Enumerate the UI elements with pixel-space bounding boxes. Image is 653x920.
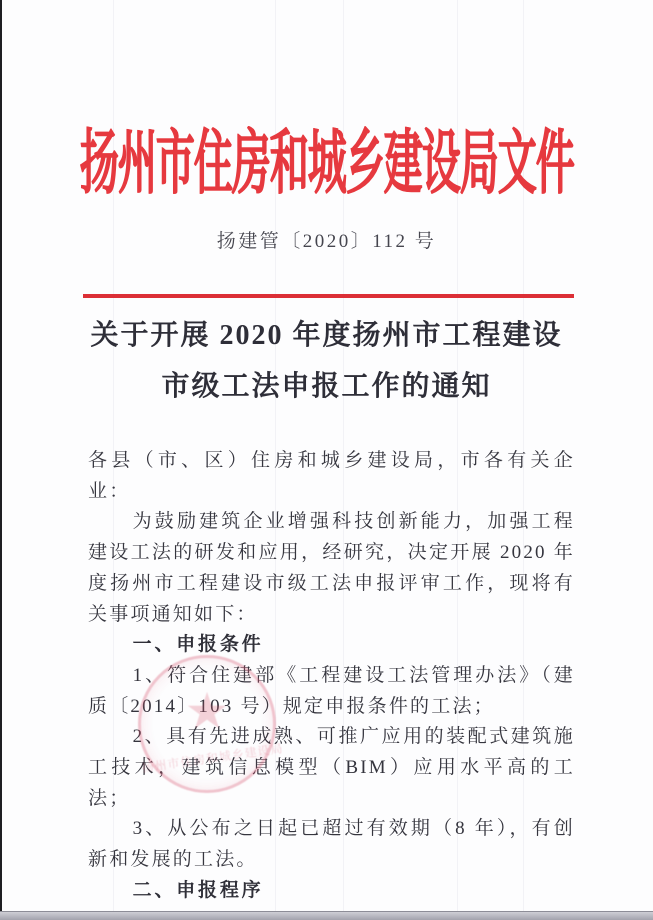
scan-left-edge <box>0 0 2 920</box>
condition-item-3: 3、从公布之日起已超过有效期（8 年），有创新和发展的工法。 <box>88 814 575 875</box>
document-title-line2: 市级工法申报工作的通知 <box>0 361 653 412</box>
document-body: 各县（市、区）住房和城乡建设局，市各有关企业： 为鼓励建筑企业增强科技创新能力，… <box>88 446 575 907</box>
condition-item-1: 1、符合住建部《工程建设工法管理办法》（建质〔2014〕103 号）规定申报条件… <box>88 661 575 722</box>
scan-bottom-shadow <box>0 911 653 920</box>
condition-item-2: 2、具有先进成熟、可推广应用的装配式建筑施工技术，建筑信息模型（BIM）应用水平… <box>88 722 575 814</box>
letterhead-title: 扬州市住房和城乡建设局文件 <box>30 108 623 209</box>
salutation: 各县（市、区）住房和城乡建设局，市各有关企业： <box>88 446 575 507</box>
scanned-official-document-page: 扬州市住房和城乡建设局文件 扬建管〔2020〕112 号 关于开展 2020 年… <box>0 0 653 920</box>
section-2-heading: 二、申报程序 <box>88 876 575 907</box>
document-title: 关于开展 2020 年度扬州市工程建设 市级工法申报工作的通知 <box>0 310 653 412</box>
section-1-heading: 一、申报条件 <box>88 630 575 661</box>
document-number: 扬建管〔2020〕112 号 <box>0 226 653 253</box>
document-title-line1: 关于开展 2020 年度扬州市工程建设 <box>0 310 653 361</box>
letterhead-red-rule <box>83 294 574 298</box>
intro-paragraph: 为鼓励建筑企业增强科技创新能力，加强工程建设工法的研发和应用，经研究，决定开展 … <box>88 507 575 630</box>
